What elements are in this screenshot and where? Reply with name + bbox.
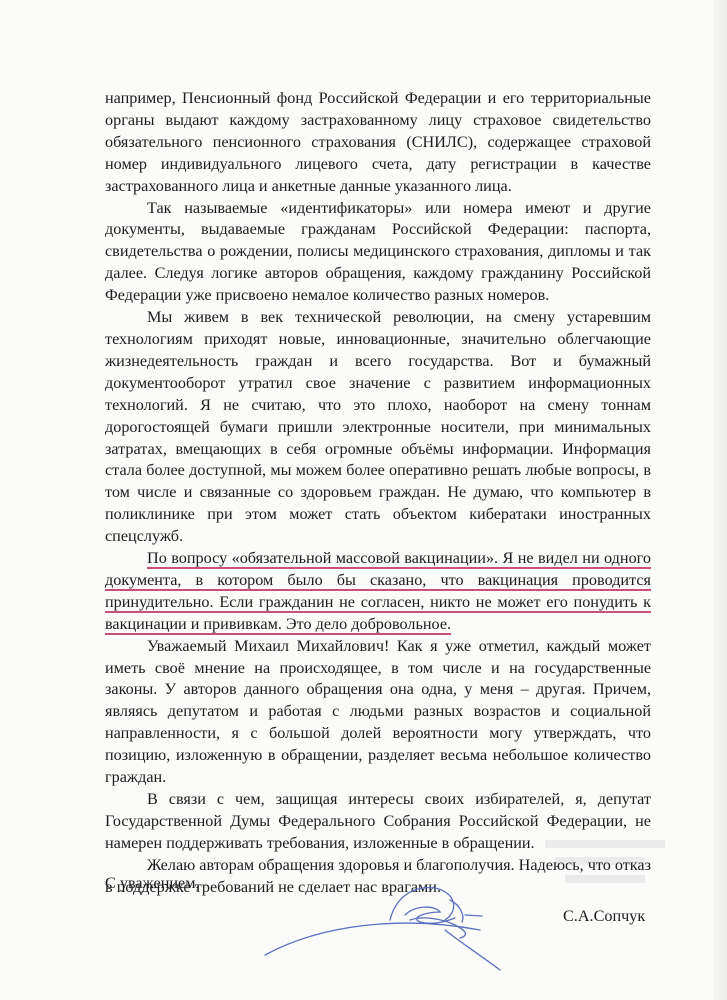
closing-salutation: С уважением, [105, 874, 200, 893]
paragraph-text: Так называемые «идентификаторы» или номе… [105, 199, 651, 305]
paragraph-technology: Мы живем в век технической революции, на… [105, 307, 651, 548]
paragraph-text: Уважаемый Михаил Михайлович! Как я уже о… [105, 637, 651, 786]
letter-body: например, Пенсионный фонд Российской Фед… [105, 88, 651, 899]
paragraph-text: например, Пенсионный фонд Российской Фед… [105, 89, 651, 195]
scan-page-edge [713, 0, 727, 1000]
highlighted-text: По вопросу «обязательной массовой вакцин… [105, 549, 651, 633]
paragraph-snils: например, Пенсионный фонд Российской Фед… [105, 88, 651, 198]
paragraph-text: Мы живем в век технической революции, на… [105, 308, 651, 545]
signer-name: С.А.Сопчук [563, 907, 645, 926]
handwritten-signature [250, 860, 550, 980]
paragraph-identifiers: Так называемые «идентификаторы» или номе… [105, 198, 651, 308]
paragraph-vaccination-highlighted: По вопросу «обязательной массовой вакцин… [105, 548, 651, 636]
paragraph-address: Уважаемый Михаил Михайлович! Как я уже о… [105, 636, 651, 789]
faint-stamp-mark [540, 835, 670, 895]
